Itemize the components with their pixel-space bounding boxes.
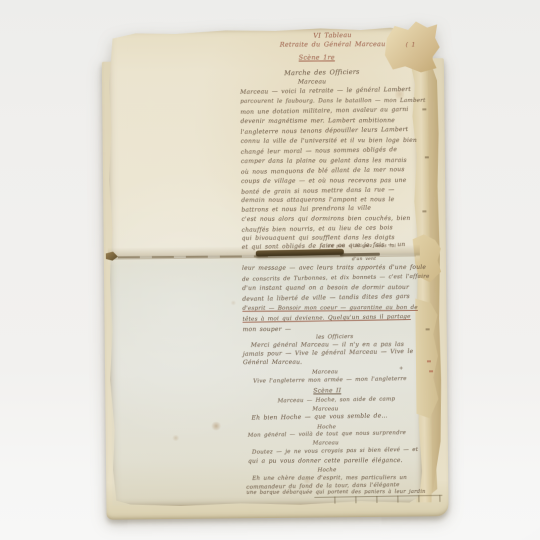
manuscript-line: l'angleterre nous tenons dépouiller leur…: [241, 127, 409, 136]
handwriting-layer: VI TableauRetraite du Général Marceau( 1…: [0, 0, 540, 540]
interline-note: — un peu — laissez nous lui: [320, 245, 396, 250]
manuscript-line: Vive l'angleterre mon armée — mon l'angl…: [253, 376, 407, 385]
manuscript-line: camper dans la plaine ou gelant dans les…: [241, 158, 407, 165]
title-tableau: VI Tableau: [295, 32, 369, 40]
manuscript-line: mon une dotation militaire, mon avaleur …: [240, 107, 408, 116]
manuscript-line: Doutez — je ne vous croyais pas si bien …: [252, 447, 418, 456]
manuscript-line: de conscrits de Turbonnes, et dix bonnet…: [242, 274, 430, 283]
manuscript-line: devant la liberté de ville — tandis dite…: [242, 294, 410, 303]
interline-note: d'un vent: [352, 258, 376, 263]
manuscript-line: Mon général — voilà de tout que nous sur…: [248, 430, 406, 439]
speaker-marceau: Marceau: [296, 440, 356, 446]
manuscript-line: c'est nous alors qui dormirons bien couc…: [241, 216, 410, 223]
speaker-hoche: Hoche: [302, 424, 352, 430]
speaker-marceau: Marceau: [282, 79, 342, 86]
manuscript-line: Eh bien Hoche — que vous semble de…: [252, 413, 388, 422]
manuscript-line: une barque débarquée qui portent des pan…: [246, 490, 425, 497]
manuscript-line: Général Marceau.: [243, 360, 323, 367]
heading-marche: Marche des Officiers: [276, 69, 368, 78]
manuscript-line: Eh une chère dame d'esprit, mes particul…: [252, 475, 407, 482]
manuscript-line: où nous manquons de blé allant de la mer…: [241, 167, 405, 176]
manuscript-line: parcourent le faubourg. Dans le bataillo…: [240, 98, 425, 105]
margin-cross-mark: +: [399, 367, 403, 373]
manuscript-line: battrons et nous lui prendrons la ville: [241, 206, 371, 215]
manuscript-line: d'un instant quand on a besoin de dormir…: [242, 285, 409, 292]
manuscript-line: changé leur moral — nous sommes obligés …: [241, 147, 397, 156]
manuscript-line: demain nous attaquerons l'ampont et nous…: [241, 197, 394, 204]
scene-1-heading: Scène 1re: [286, 54, 348, 61]
manuscript-line: leur message — avec leurs traits apporté…: [242, 265, 426, 273]
speaker-marceau: Marceau: [295, 369, 355, 376]
speaker-marceau: Marceau: [295, 406, 355, 412]
scene-2-cast: Marceau — Hoche, son aide de camp: [265, 396, 407, 404]
manuscript-line: d'esprit — Bonsoir mon coeur — guarantin…: [242, 305, 417, 312]
manuscript-line: connu la ville de l'université et il vu …: [241, 138, 417, 146]
speaker-hoche: Hoche: [302, 467, 352, 474]
scene-2-heading: Scène II: [301, 388, 353, 395]
speaker-officiers: les Officiers: [299, 334, 371, 341]
manuscript-line: Marceau — voici la retraite — le général…: [240, 87, 411, 96]
manuscript-line: devenir magnétisme mer. Lambert ambition…: [240, 118, 395, 125]
title-retraite: Retraite du Général Marceau: [266, 41, 400, 49]
photograph-of-manuscript: VI TableauRetraite du Général Marceau( 1…: [0, 0, 540, 540]
manuscript-line: jamais pour — Vive le général Marceau — …: [243, 349, 414, 358]
manuscript-line: qui a pu vous donner cette pareille élég…: [248, 458, 403, 465]
manuscript-line: coups de village — et où nous recevons p…: [241, 178, 406, 185]
manuscript-line: mon souper —: [243, 327, 303, 334]
manuscript-line: têtes à moi qui devienne. Quelqu'un sans…: [242, 314, 410, 323]
manuscript-line: bonté de grain si nous mettre dans la ru…: [241, 187, 394, 196]
page-number: ( 1: [406, 42, 420, 49]
document-stack: VI TableauRetraite du Général Marceau( 1…: [0, 0, 540, 540]
manuscript-line: chauffés bien nourris, et au lieu de ces…: [242, 225, 393, 234]
